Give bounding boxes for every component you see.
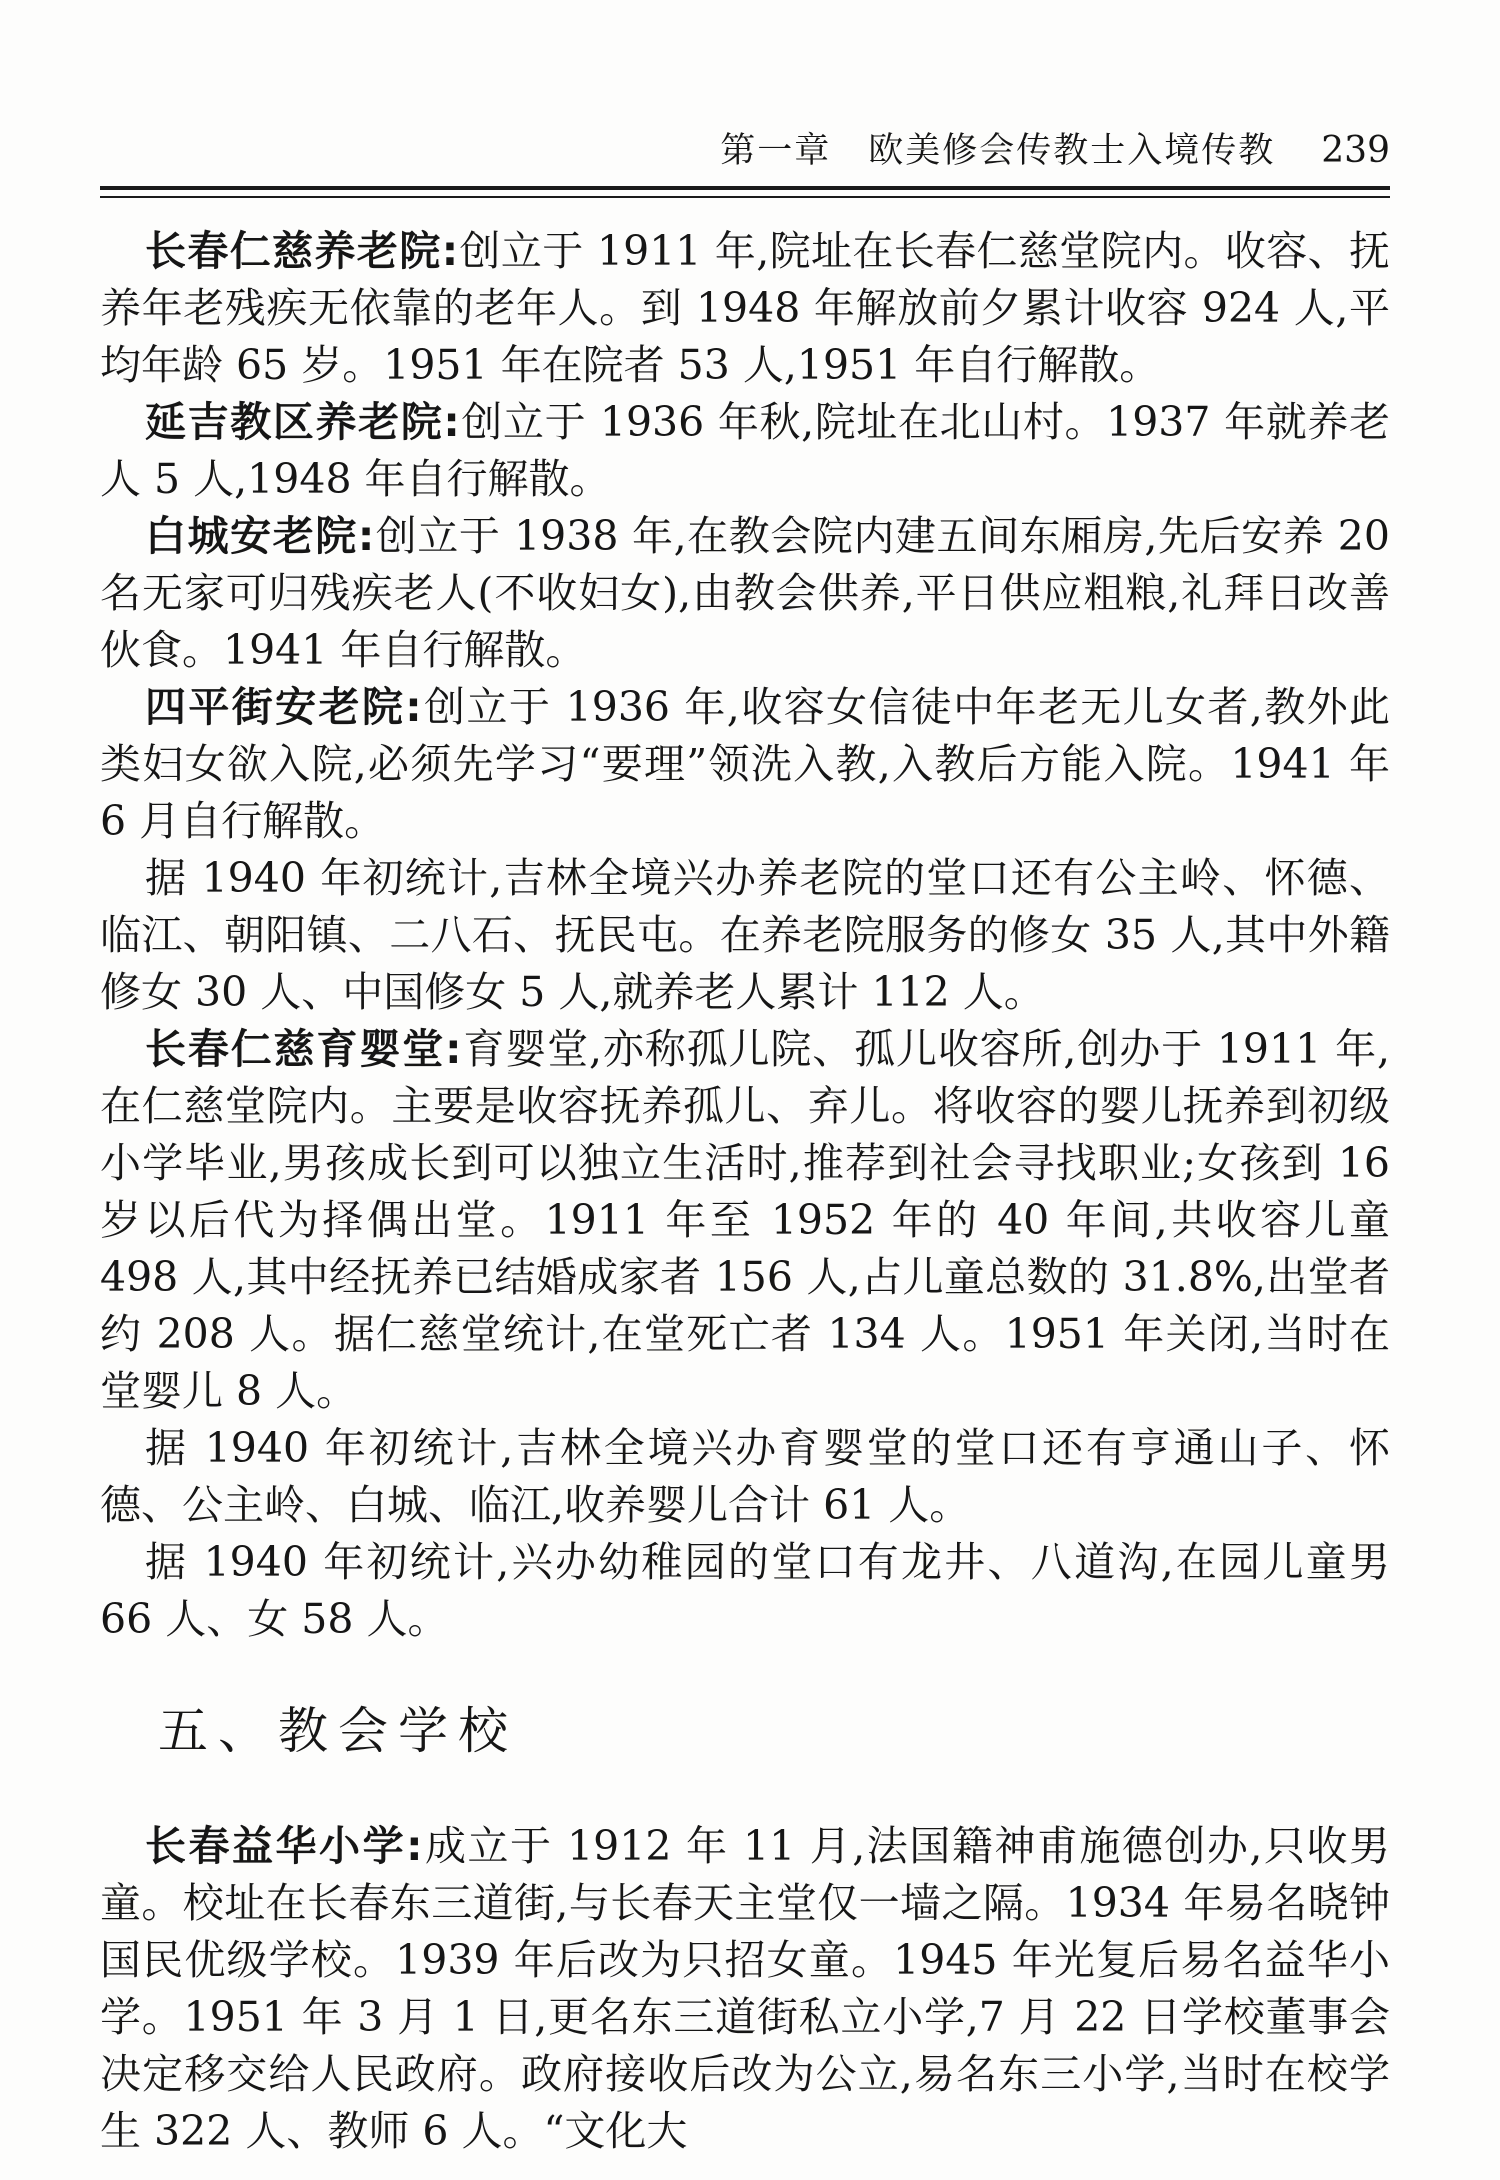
paragraph: 据 1940 年初统计,吉林全境兴办育婴堂的堂口还有亨通山子、怀德、公主岭、白城… bbox=[100, 1420, 1390, 1534]
header-rule-divider bbox=[100, 186, 1390, 198]
entry-term: 延吉教区养老院: bbox=[145, 398, 461, 446]
body-text-block-after-heading: 长春益华小学:成立于 1912 年 11 月,法国籍神甫施德创办,只收男童。校址… bbox=[100, 1818, 1390, 2160]
book-page: 第一章 欧美修会传教士入境传教239 长春仁慈养老院:创立于 1911 年,院址… bbox=[0, 0, 1500, 2180]
paragraph: 白城安老院:创立于 1938 年,在教会院内建五间东厢房,先后安养 20 名无家… bbox=[100, 508, 1390, 679]
paragraph: 长春益华小学:成立于 1912 年 11 月,法国籍神甫施德创办,只收男童。校址… bbox=[100, 1818, 1390, 2160]
running-header: 第一章 欧美修会传教士入境传教239 bbox=[100, 130, 1390, 172]
entry-term: 长春益华小学: bbox=[145, 1822, 423, 1870]
paragraph: 据 1940 年初统计,吉林全境兴办养老院的堂口还有公主岭、怀德、临江、朝阳镇、… bbox=[100, 850, 1390, 1021]
paragraph: 四平街安老院:创立于 1936 年,收容女信徒中年老无儿女者,教外此类妇女欲入院… bbox=[100, 679, 1390, 850]
entry-term: 四平街安老院: bbox=[145, 683, 423, 731]
entry-term: 白城安老院: bbox=[145, 512, 375, 560]
paragraph: 长春仁慈育婴堂:育婴堂,亦称孤儿院、孤儿收容所,创办于 1911 年,在仁慈堂院… bbox=[100, 1021, 1390, 1420]
chapter-title: 第一章 欧美修会传教士入境传教 bbox=[720, 131, 1275, 171]
entry-term: 长春仁慈养老院: bbox=[145, 227, 459, 275]
entry-term: 长春仁慈育婴堂: bbox=[145, 1025, 462, 1073]
paragraph: 长春仁慈养老院:创立于 1911 年,院址在长春仁慈堂院内。收容、抚养年老残疾无… bbox=[100, 223, 1390, 394]
body-text-block: 长春仁慈养老院:创立于 1911 年,院址在长春仁慈堂院内。收容、抚养年老残疾无… bbox=[100, 223, 1390, 1648]
page-number: 239 bbox=[1321, 130, 1390, 172]
paragraph: 延吉教区养老院:创立于 1936 年秋,院址在北山村。1937 年就养老人 5 … bbox=[100, 394, 1390, 508]
section-heading: 五、教会学校 bbox=[158, 1702, 1390, 1760]
paragraph: 据 1940 年初统计,兴办幼稚园的堂口有龙井、八道沟,在园儿童男 66 人、女… bbox=[100, 1534, 1390, 1648]
